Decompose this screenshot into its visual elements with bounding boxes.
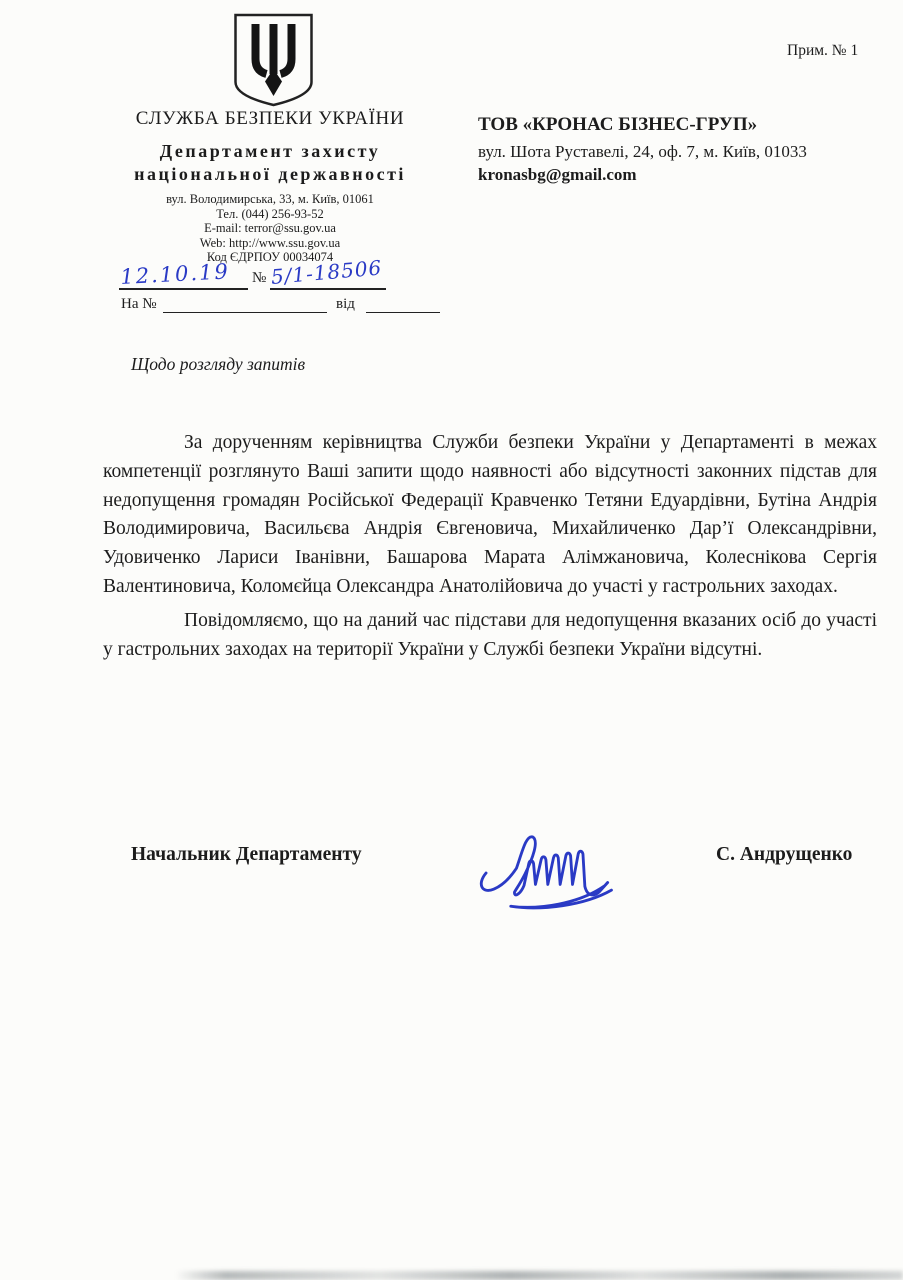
reply-number-blank-line: [163, 296, 327, 313]
letter-subject: Щодо розгляду запитів: [131, 354, 305, 375]
handwritten-number: 5/1-18506: [270, 255, 383, 289]
sender-contact-block: вул. Володимирська, 33, м. Київ, 01061 Т…: [82, 192, 458, 265]
sender-phone: Тел. (044) 256-93-52: [82, 207, 458, 222]
sender-address: вул. Володимирська, 33, м. Київ, 01061: [82, 192, 458, 207]
handwritten-signature: [456, 816, 632, 911]
reply-to-label: На №: [121, 296, 157, 313]
ukraine-trident-emblem: [227, 12, 320, 108]
reply-date-label: від: [336, 296, 355, 313]
sender-email: E-mail: terror@ssu.gov.ua: [82, 221, 458, 236]
recipient-email: kronasbg@gmail.com: [478, 165, 637, 185]
body-paragraph-2: Повідомляємо, що на даний час підстави д…: [103, 607, 877, 665]
sender-web: Web: http://www.ssu.gov.ua: [82, 236, 458, 251]
sender-org-name: СЛУЖБА БЕЗПЕКИ УКРАЇНИ: [82, 108, 458, 130]
number-sign: №: [252, 270, 266, 287]
outgoing-date-line: 12.10.19: [119, 258, 248, 290]
scanned-letter-page: Прим. № 1 СЛУЖБА БЕЗПЕКИ УКРАЇНИ Департа…: [0, 0, 903, 1280]
sender-department-line1: Департамент захисту: [82, 141, 458, 162]
scan-edge-artifact: [175, 1271, 903, 1280]
signer-name: С. Андрущенко: [716, 844, 852, 866]
signer-position-title: Начальник Департаменту: [131, 844, 362, 866]
recipient-address: вул. Шота Руставелі, 24, оф. 7, м. Київ,…: [478, 142, 807, 162]
handwritten-date: 12.10.19: [120, 259, 231, 289]
recipient-name: ТОВ «КРОНАС БІЗНЕС-ГРУП»: [478, 114, 757, 136]
body-paragraph-1: За дорученням керівництва Служби безпеки…: [103, 429, 877, 602]
letter-body: За дорученням керівництва Служби безпеки…: [103, 429, 877, 664]
copy-number-annotation: Прим. № 1: [787, 42, 858, 60]
outgoing-number-line: 5/1-18506: [270, 258, 386, 290]
reply-date-blank-line: [366, 296, 440, 313]
sender-department-line2: національної державності: [82, 164, 458, 185]
